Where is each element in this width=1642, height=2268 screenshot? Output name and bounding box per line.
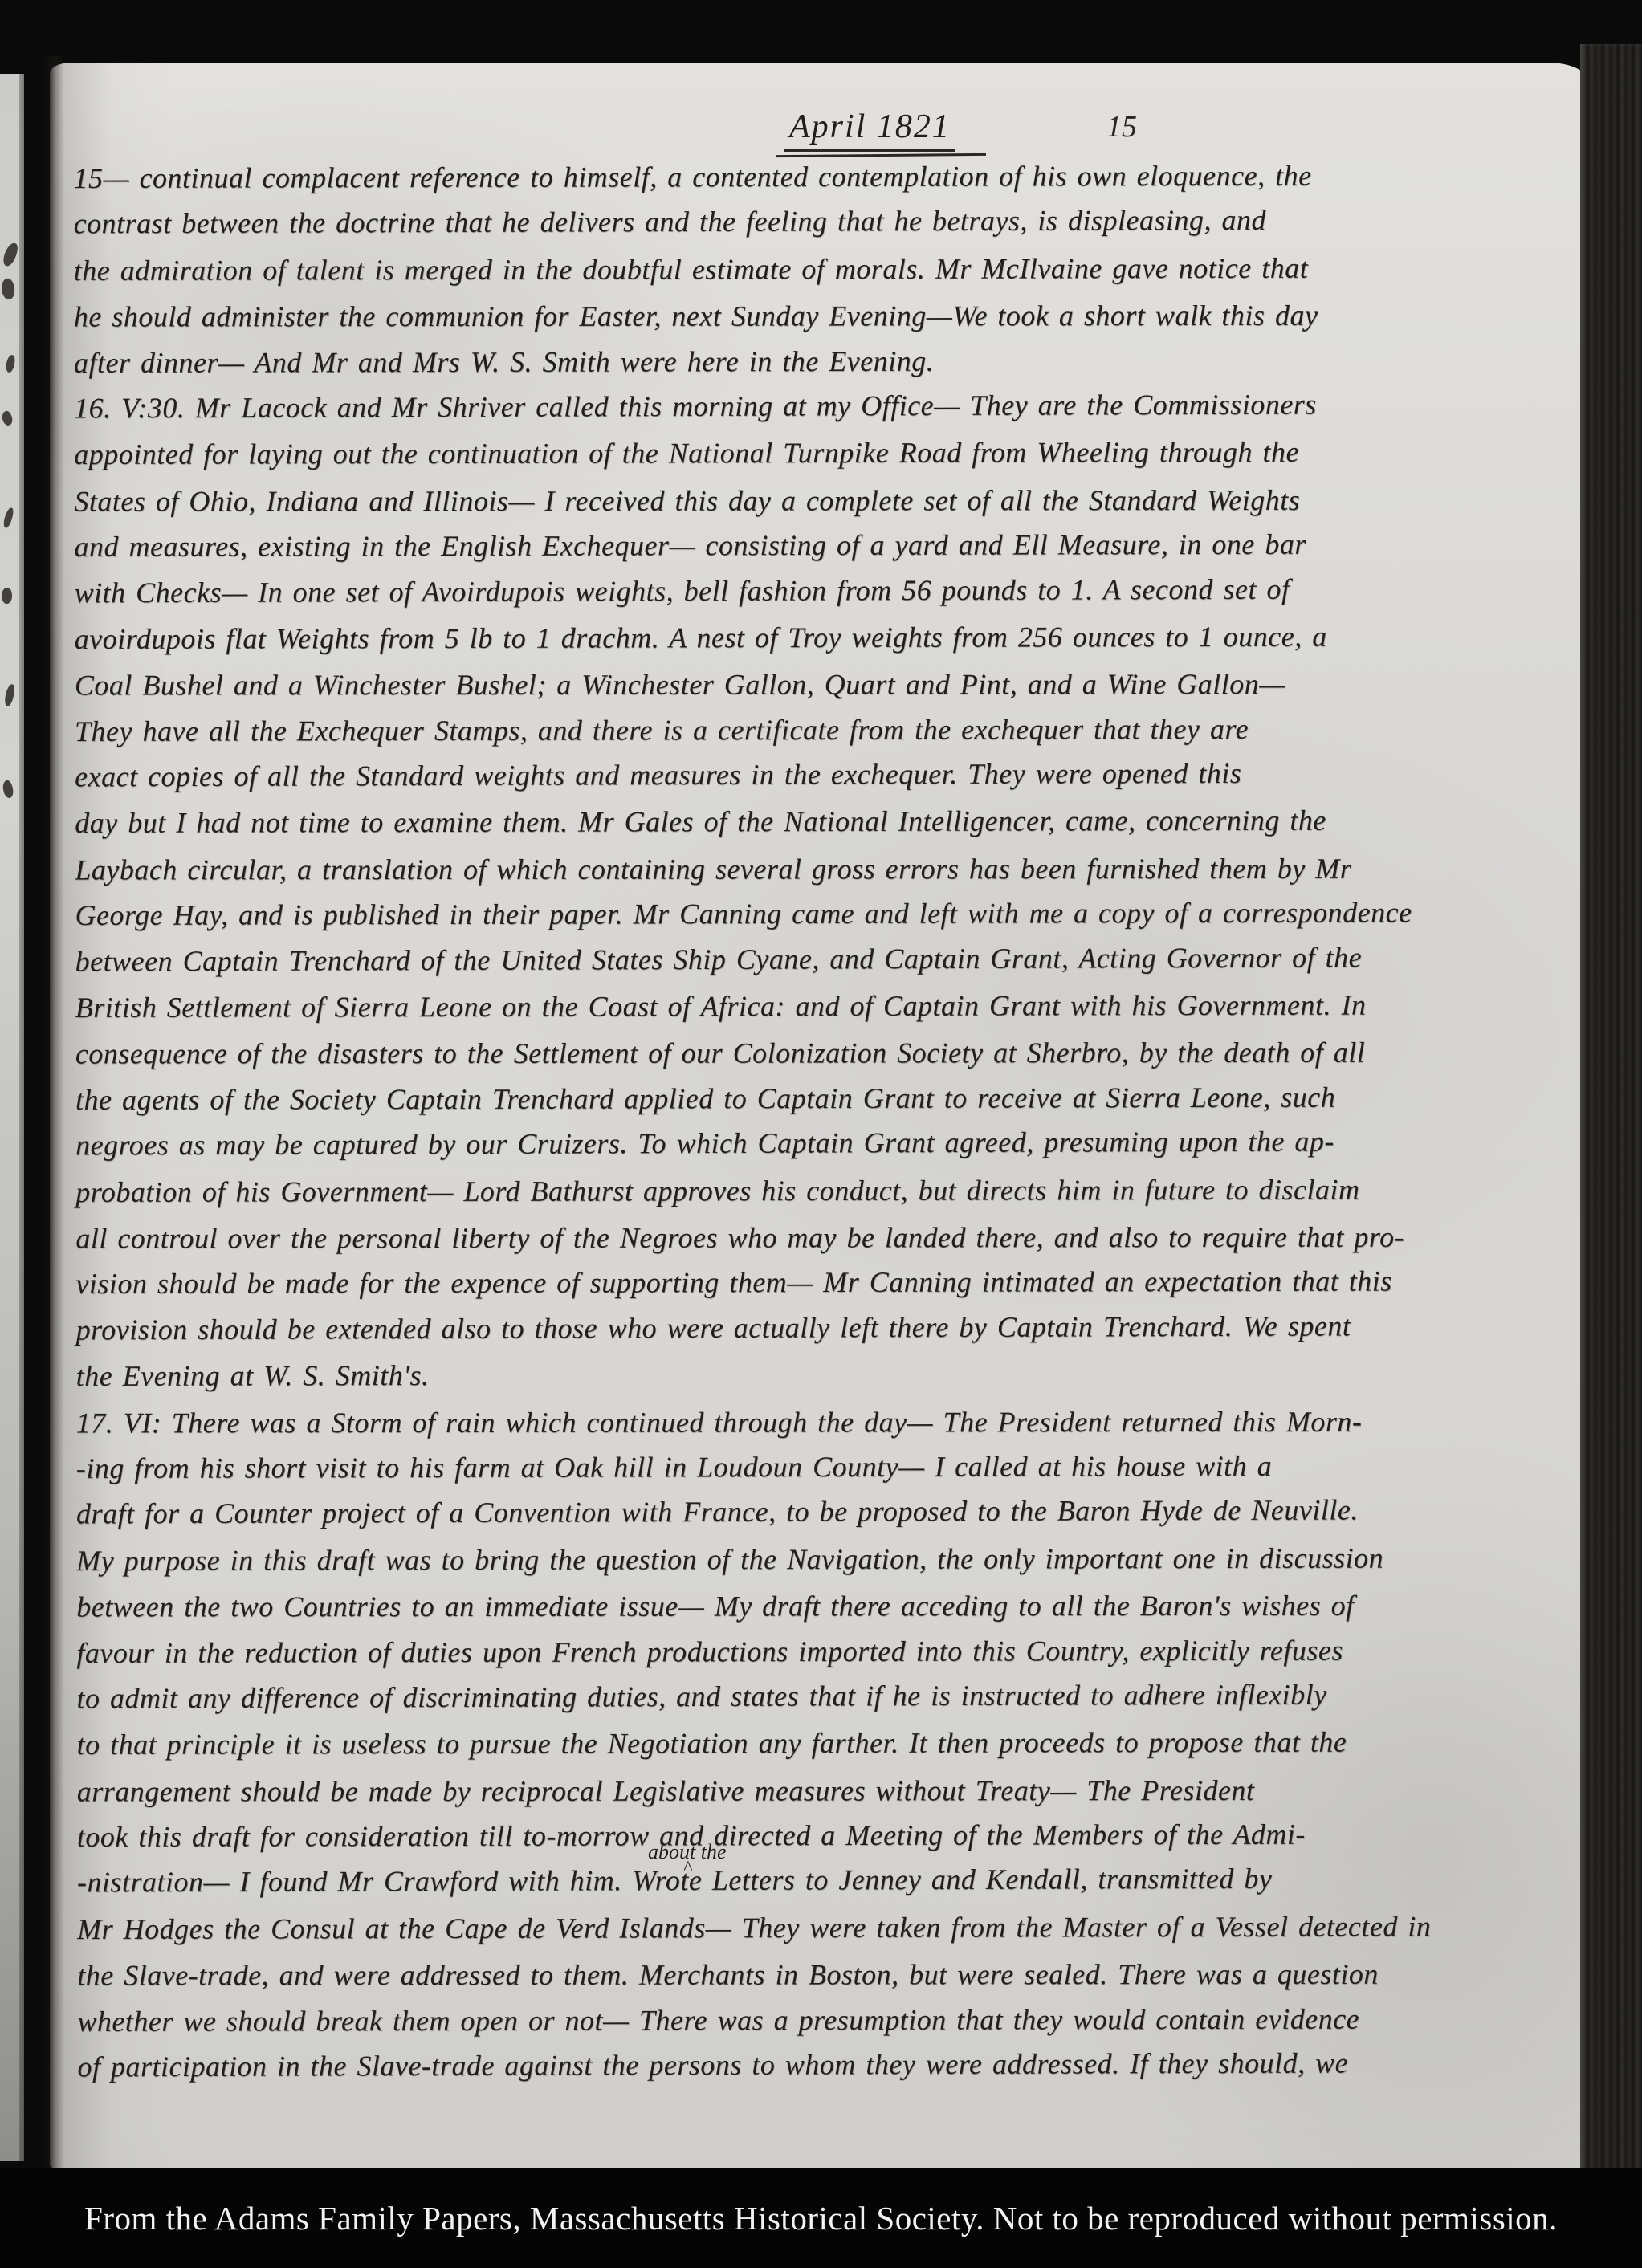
manuscript-line: with Checks— In one set of Avoirdupois w… [75, 565, 1567, 616]
manuscript-line: contrast between the doctrine that he de… [74, 197, 1566, 247]
manuscript-line: between the two Countries to an immediat… [76, 1583, 1568, 1631]
manuscript-line: whether we should break them open or not… [77, 1996, 1569, 2045]
stray-ink-mark [1, 780, 14, 799]
scan-top-border [0, 0, 1642, 64]
manuscript-line: negroes as may be captured by our Cruize… [75, 1118, 1567, 1169]
manuscript-paper: April 1821 15 15— continual complacent r… [50, 63, 1586, 2168]
stray-ink-mark [1, 587, 13, 604]
manuscript-line: George Hay, and is published in their pa… [75, 890, 1567, 939]
manuscript-line: provision should be extended also to tho… [75, 1302, 1567, 1353]
date-heading: April 1821 [784, 108, 955, 152]
manuscript-line: probation of his Government— Lord Bathur… [75, 1167, 1567, 1215]
stray-ink-mark [4, 683, 16, 706]
manuscript-line: Coal Bushel and a Winchester Bushel; a W… [75, 662, 1567, 709]
binding-gutter-shadow [19, 56, 64, 2176]
manuscript-line: arrangement should be made by reciprocal… [77, 1767, 1569, 1814]
manuscript-line: the admiration of talent is merged in th… [74, 245, 1566, 294]
stray-ink-mark [0, 409, 14, 426]
interlinear-insertion: about the ^ [648, 1842, 727, 1874]
manuscript-line: took this draft for consideration till t… [77, 1811, 1569, 1860]
manuscript-line: to admit any difference of discriminatin… [76, 1671, 1568, 1721]
manuscript-line: exact copies of all the Standard weights… [75, 750, 1567, 800]
manuscript-line: Laybach circular, a translation of which… [75, 845, 1567, 893]
manuscript-line: and measures, existing in the English Ex… [74, 521, 1566, 570]
manuscript-line: the Slave-trade, and were addressed to t… [77, 1952, 1569, 1999]
manuscript-line: British Settlement of Sierra Leone on th… [75, 982, 1567, 1031]
book-page-edges [1580, 44, 1642, 2196]
manuscript-line: appointed for laying out the continuatio… [74, 429, 1566, 478]
manuscript-line: My purpose in this draft was to bring th… [76, 1535, 1568, 1584]
manuscript-line: -nistration— I found Mr Crawford with hi… [77, 1855, 1569, 1906]
manuscript-line: after dinner— And Mr and Mrs W. S. Smith… [74, 337, 1566, 386]
manuscript-line: draft for a Counter project of a Convent… [76, 1487, 1568, 1537]
archive-caption: From the Adams Family Papers, Massachuse… [84, 2199, 1558, 2237]
manuscript-line: Mr Hodges the Consul at the Cape de Verd… [77, 1904, 1569, 1952]
manuscript-line: he should administer the communion for E… [74, 293, 1566, 340]
page-number: 15 [1106, 109, 1137, 145]
manuscript-line: the agents of the Society Captain Trench… [75, 1074, 1567, 1123]
manuscript-line: between Captain Trenchard of the United … [75, 934, 1567, 984]
manuscript-line: States of Ohio, Indiana and Illinois— I … [74, 477, 1566, 524]
manuscript-line: 15— continual complacent reference to hi… [73, 153, 1565, 202]
stray-ink-mark [2, 507, 14, 528]
manuscript-text-block: 15— continual complacent reference to hi… [73, 153, 1569, 2091]
stray-ink-mark [0, 278, 17, 301]
manuscript-line: They have all the Exchequer Stamps, and … [75, 706, 1567, 755]
manuscript-line: vision should be made for the expence of… [75, 1258, 1567, 1307]
caption-bar: From the Adams Family Papers, Massachuse… [0, 2168, 1642, 2268]
stray-ink-mark [2, 242, 20, 268]
manuscript-line: consequence of the disasters to the Sett… [75, 1030, 1567, 1077]
manuscript-line: -ing from his short visit to his farm at… [76, 1443, 1568, 1492]
stray-ink-mark [6, 354, 16, 373]
manuscript-line: favour in the reduction of duties upon F… [76, 1627, 1568, 1676]
manuscript-line: 17. VI: There was a Storm of rain which … [76, 1399, 1568, 1446]
manuscript-line: of participation in the Slave-trade agai… [77, 2040, 1569, 2091]
scanned-manuscript-page: April 1821 15 15— continual complacent r… [0, 0, 1642, 2268]
manuscript-line: avoirdupois flat Weights from 5 lb to 1 … [75, 613, 1567, 662]
interlinear-caret: ^ [648, 1863, 727, 1874]
manuscript-line: day but I had not time to examine them. … [75, 798, 1567, 847]
manuscript-line: 16. V:30. Mr Lacock and Mr Shriver calle… [74, 381, 1566, 432]
manuscript-line: all controul over the personal liberty o… [75, 1215, 1567, 1262]
manuscript-line: the Evening at W. S. Smith's. [76, 1350, 1568, 1399]
manuscript-line: to that principle it is useless to pursu… [77, 1719, 1569, 1768]
